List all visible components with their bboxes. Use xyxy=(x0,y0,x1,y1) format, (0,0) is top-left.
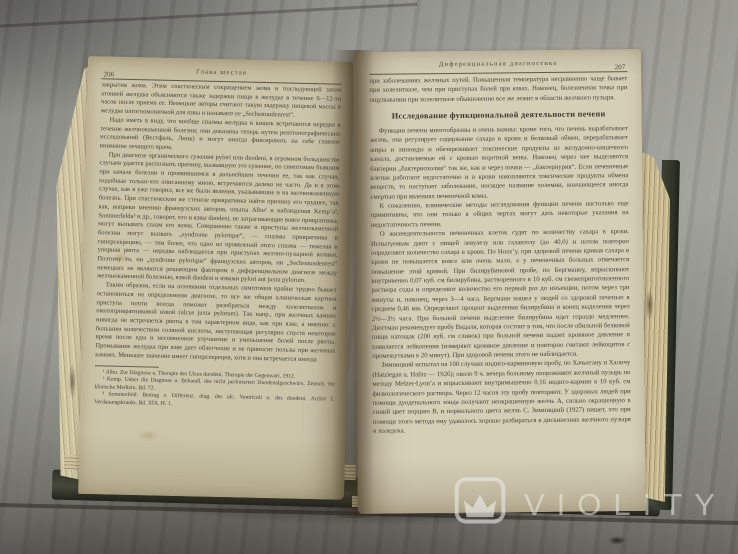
right-page-body-continued: Функции печени многообразны и очень важн… xyxy=(370,124,631,436)
body-paragraph: К сожалению, клинические методы исследов… xyxy=(371,199,629,230)
right-page: 207 Диференциальная диагностика при забо… xyxy=(353,49,646,514)
body-paragraph: при заболеваниях желчных путей. Повышенн… xyxy=(369,74,627,105)
table-stain xyxy=(608,536,626,545)
book-photo-scene: 206 Глава шестая закрытия жома. Этим спа… xyxy=(0,0,738,554)
body-paragraph: При диагнозе органического сужения pylor… xyxy=(97,151,340,287)
violity-logo xyxy=(452,476,508,526)
body-paragraph: Функции печени многообразны и очень важн… xyxy=(370,124,629,202)
body-paragraph: Зимницкий испытал на 100 случаях индиго-… xyxy=(372,359,631,437)
body-paragraph: Таким образом, если на основании отдельн… xyxy=(95,281,337,365)
right-page-body: при заболеваниях желчных путей. Повышенн… xyxy=(369,74,627,105)
footnote-separator xyxy=(95,365,159,367)
section-heading: Исследование функциональной деятельности… xyxy=(372,109,626,122)
left-running-head: Глава шестая xyxy=(102,66,342,78)
crown-icon xyxy=(464,494,496,517)
header-rule xyxy=(369,71,627,75)
left-page: 206 Глава шестая закрытия жома. Этим спа… xyxy=(78,56,354,500)
left-page-footnotes: ¹ Albu. Zur Diagnose u. Therapie des Ulc… xyxy=(94,369,335,412)
body-paragraph: Надо иметь в виду, что вообще спазмы жел… xyxy=(100,116,341,156)
right-running-head: Диференциальная диагностика xyxy=(369,59,627,69)
left-page-body: закрытия жома. Этим спастическим сокраще… xyxy=(95,81,341,365)
violity-watermark-text: VIOLITY xyxy=(524,487,727,523)
body-paragraph: О жизнедеятельности печеночных клеток су… xyxy=(371,227,630,361)
crown-badge-icon xyxy=(452,476,508,526)
right-page-header: 207 Диференциальная диагностика xyxy=(369,57,627,77)
body-paragraph: закрытия жома. Этим спастическим сокраще… xyxy=(101,81,342,121)
